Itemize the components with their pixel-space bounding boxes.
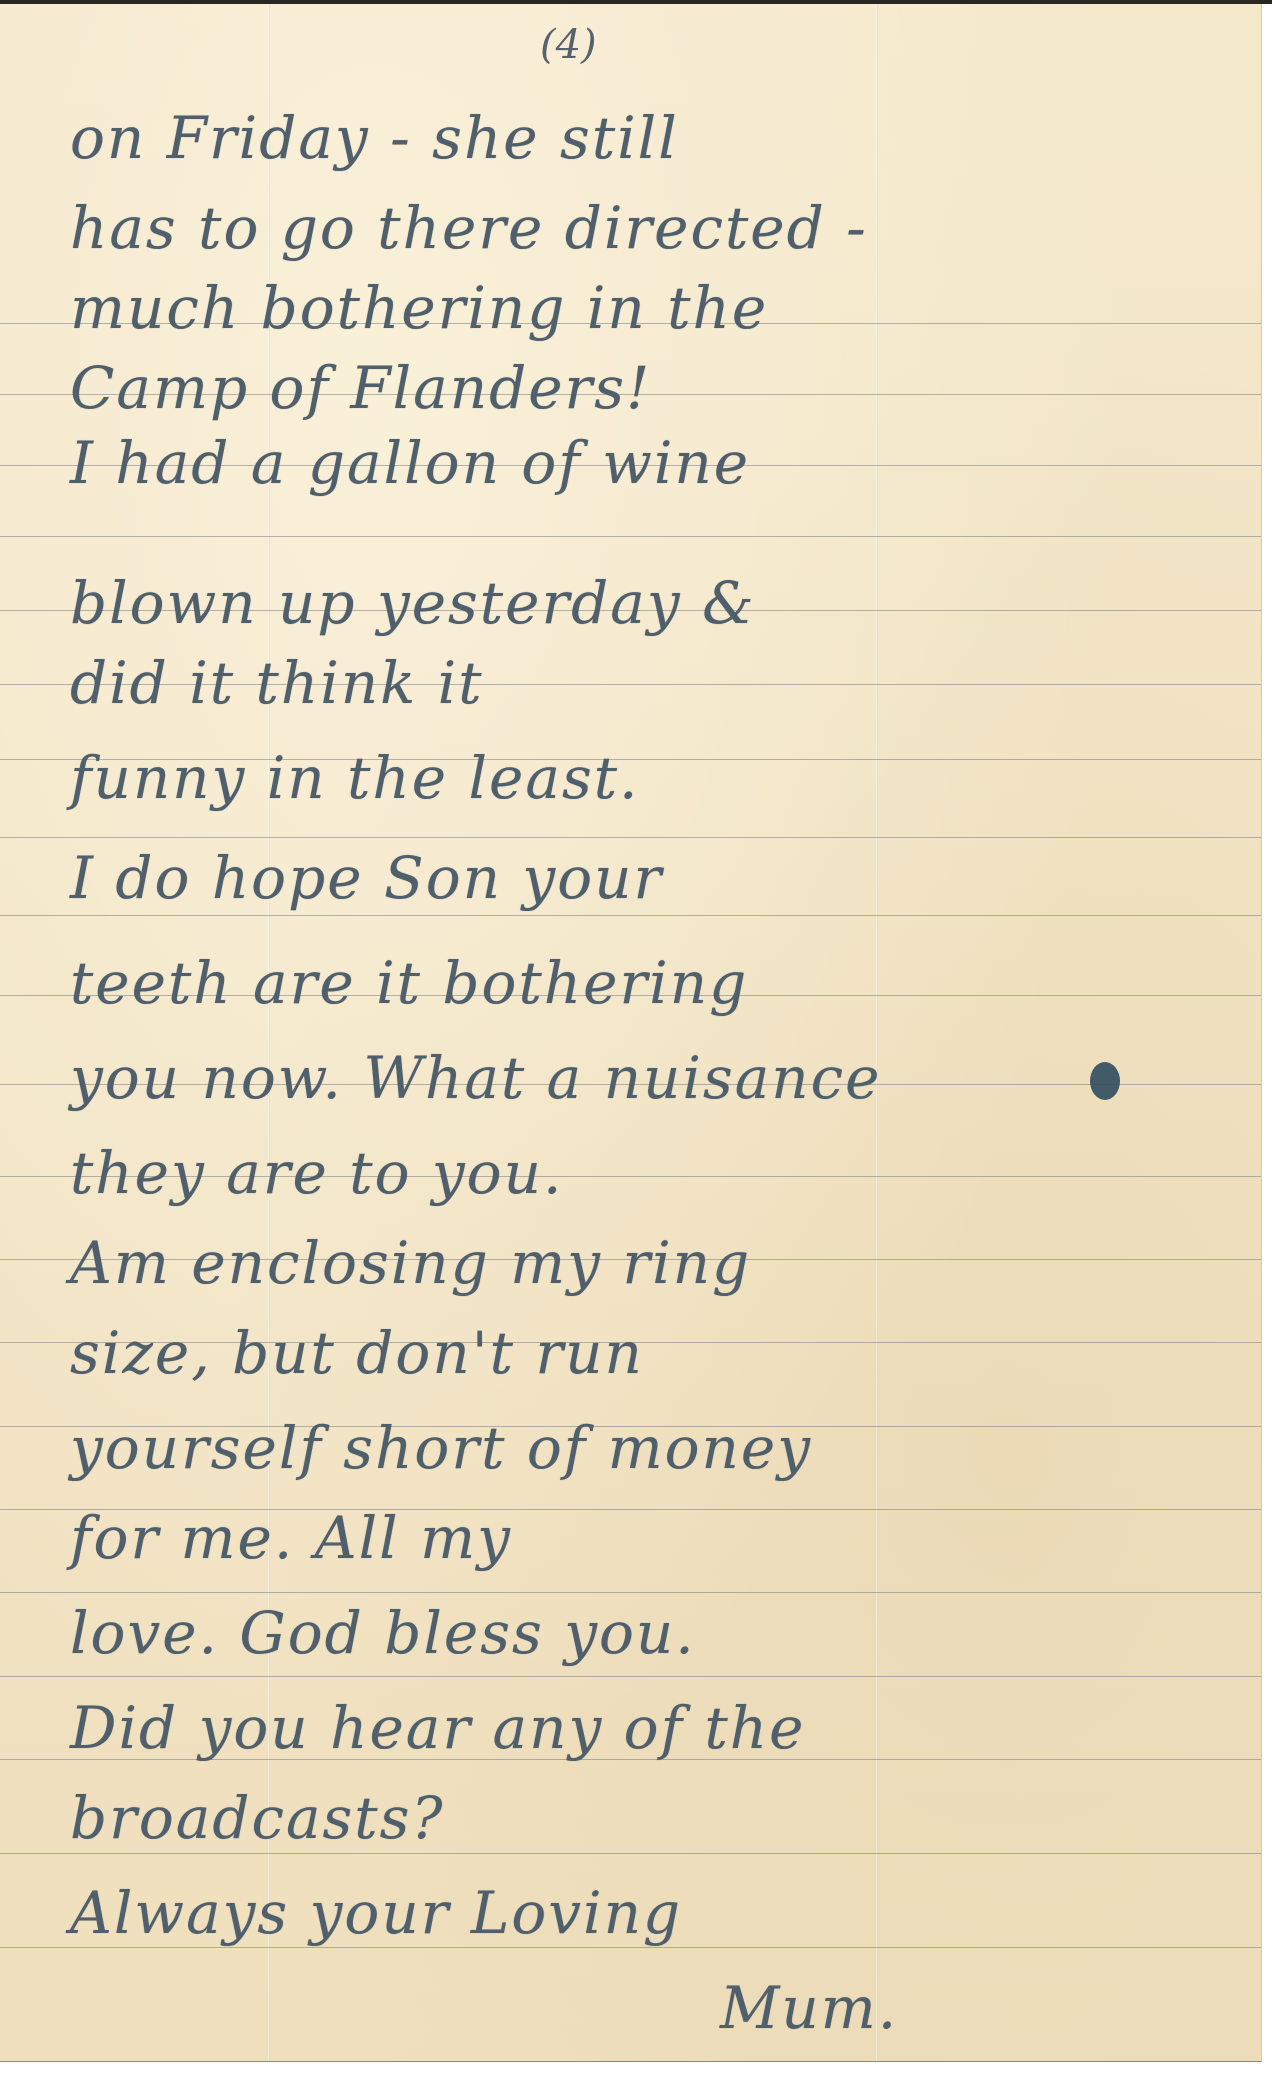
letter-line: I do hope Son your bbox=[70, 844, 663, 912]
letter-line: yourself short of money bbox=[70, 1414, 812, 1482]
letter-line: blown up yesterday & bbox=[70, 569, 756, 637]
rule-line bbox=[0, 1947, 1261, 1948]
letter-line: broadcasts? bbox=[70, 1784, 444, 1852]
letter-line: Did you hear any of the bbox=[70, 1694, 805, 1762]
rule-line bbox=[0, 1592, 1261, 1593]
rule-line bbox=[0, 536, 1261, 537]
rule-line bbox=[0, 1853, 1261, 1854]
ink-blot bbox=[1090, 1062, 1120, 1100]
signature: Mum. bbox=[720, 1974, 898, 2042]
rule-line bbox=[0, 1676, 1261, 1677]
letter-line: Am enclosing my ring bbox=[70, 1229, 751, 1297]
page-number: (4) bbox=[540, 22, 597, 68]
letter-line: for me. All my bbox=[70, 1504, 512, 1572]
letter-line: much bothering in the bbox=[70, 274, 768, 342]
letter-line: funny in the least. bbox=[70, 744, 639, 812]
letter-line: you now. What a nuisance bbox=[70, 1044, 881, 1112]
letter-line: did it think it bbox=[70, 649, 484, 717]
letter-line: has to go there directed - bbox=[70, 194, 868, 262]
letter-page: (4) on Friday - she still has to go ther… bbox=[0, 4, 1262, 2062]
letter-line: love. God bless you. bbox=[70, 1599, 696, 1667]
rule-line bbox=[0, 837, 1261, 838]
fold-crease bbox=[876, 4, 878, 2061]
letter-line: I had a gallon of wine bbox=[70, 429, 750, 497]
letter-line: Always your Loving bbox=[70, 1879, 682, 1947]
letter-line: size, but don't run bbox=[70, 1319, 644, 1387]
letter-line: on Friday - she still bbox=[70, 104, 679, 172]
letter-line: teeth are it bothering bbox=[70, 949, 748, 1017]
letter-line: they are to you. bbox=[70, 1139, 563, 1207]
letter-line: Camp of Flanders! bbox=[70, 354, 651, 422]
rule-line bbox=[0, 915, 1261, 916]
